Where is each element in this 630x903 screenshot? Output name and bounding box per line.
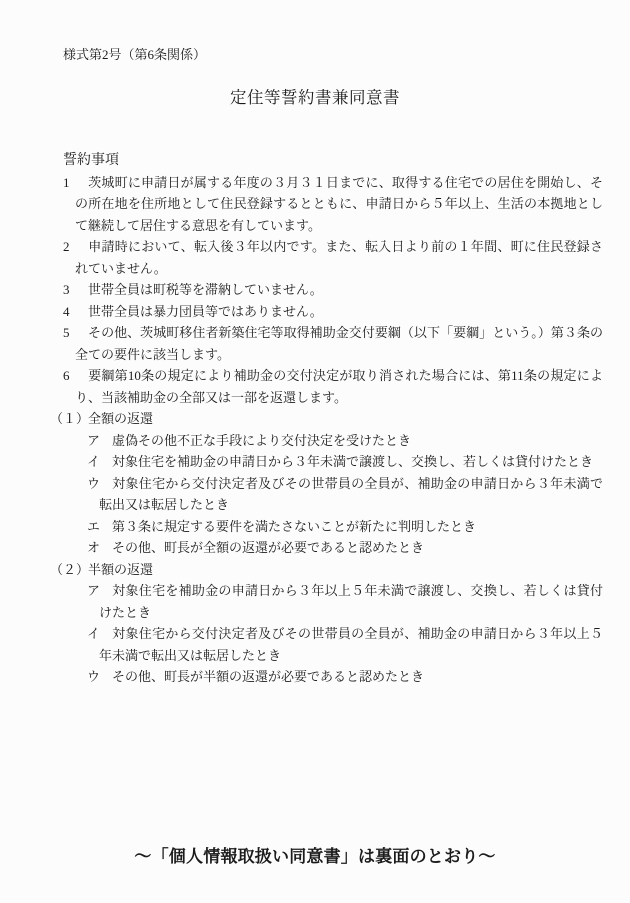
refund-1-item-a: ア虚偽その他不正な手段により交付決定を受けたとき [50, 430, 603, 452]
pledge-item-5: 5その他、茨城町移住者新築住宅等取得補助金交付要綱（以下「要綱」という。）第３条… [50, 322, 603, 365]
item-number: 1 [63, 172, 88, 194]
item-text: その他、町長が全額の返還が必要であると認めたとき [112, 540, 424, 555]
item-text: 対象住宅を補助金の申請日から３年以上５年未満で譲渡し、交換し、若しくは貸付けたと… [99, 583, 603, 620]
refund-2-item-i: イ対象住宅から交付決定者及びその世帯員の全員が、補助金の申請日から３年以上５年未… [50, 623, 603, 666]
form-number: 様式第2号（第6条関係） [63, 0, 630, 64]
item-text: 申請時において、転入後３年以内です。また、転入日より前の１年間、町に住民登録され… [75, 239, 603, 276]
refund-1-item-e: エ第３条に規定する要件を満たさないことが新たに判明したとき [50, 516, 603, 538]
item-text: 虚偽その他不正な手段により交付決定を受けたとき [112, 433, 411, 448]
item-kana: エ [87, 516, 112, 538]
refund-section-2-heading: （２）半額の返還 [50, 559, 603, 581]
refund-2-item-a: ア対象住宅を補助金の申請日から３年以上５年未満で譲渡し、交換し、若しくは貸付けた… [50, 580, 603, 623]
item-kana: ウ [87, 666, 112, 688]
item-number: 6 [63, 365, 88, 387]
item-text: 世帯全員は暴力団員等ではありません。 [88, 304, 323, 319]
item-kana: オ [87, 537, 112, 559]
refund-1-item-o: オその他、町長が全額の返還が必要であると認めたとき [50, 537, 603, 559]
section-heading: 誓約事項 [63, 150, 603, 172]
item-text: その他、町長が半額の返還が必要であると認めたとき [112, 669, 424, 684]
section-title: 半額の返還 [88, 562, 153, 577]
document-title: 定住等誓約書兼同意書 [0, 86, 630, 109]
item-number: 2 [63, 236, 88, 258]
pledge-item-2: 2申請時において、転入後３年以内です。また、転入日より前の１年間、町に住民登録さ… [50, 236, 603, 279]
item-text: 第３条に規定する要件を満たさないことが新たに判明したとき [112, 519, 476, 534]
item-kana: イ [87, 623, 112, 645]
pledge-item-6: 6要綱第10条の規定により補助金の交付決定が取り消された場合には、第11条の規定… [50, 365, 603, 408]
refund-2-item-u: ウその他、町長が半額の返還が必要であると認めたとき [50, 666, 603, 688]
item-text: 対象住宅から交付決定者及びその世帯員の全員が、補助金の申請日から３年以上５年未満… [99, 626, 603, 663]
item-text: 対象住宅を補助金の申請日から３年未満で譲渡し、交換し、若しくは貸付けたとき [112, 454, 593, 469]
item-number: 3 [63, 279, 88, 301]
document-page: 様式第2号（第6条関係） 定住等誓約書兼同意書 誓約事項 1茨城町に申請日が属す… [0, 0, 630, 903]
item-number: 5 [63, 322, 88, 344]
pledge-item-1: 1茨城町に申請日が属する年度の３月３１日までに、取得する住宅での居住を開始し、そ… [50, 172, 603, 237]
item-kana: イ [87, 451, 112, 473]
refund-1-item-i: イ対象住宅を補助金の申請日から３年未満で譲渡し、交換し、若しくは貸付けたとき [50, 451, 603, 473]
section-label: （１） [50, 408, 88, 430]
item-number: 4 [63, 301, 88, 323]
item-kana: ウ [87, 473, 112, 495]
item-text: 茨城町に申請日が属する年度の３月３１日までに、取得する住宅での居住を開始し、その… [75, 175, 603, 233]
pledge-item-3: 3世帯全員は町税等を滞納していません。 [50, 279, 603, 301]
section-label: （２） [50, 559, 88, 581]
section-title: 全額の返還 [88, 411, 153, 426]
item-text: 要綱第10条の規定により補助金の交付決定が取り消された場合には、第11条の規定に… [75, 368, 603, 405]
refund-1-item-u: ウ対象住宅から交付決定者及びその世帯員の全員が、補助金の申請日から３年未満で転出… [50, 473, 603, 516]
footer-note: ～「個人情報取扱い同意書」は裏面のとおり～ [0, 842, 630, 867]
item-text: 対象住宅から交付決定者及びその世帯員の全員が、補助金の申請日から３年未満で転出又… [99, 476, 603, 513]
item-kana: ア [87, 580, 112, 602]
item-text: その他、茨城町移住者新築住宅等取得補助金交付要綱（以下「要綱」という。）第３条の… [75, 325, 603, 362]
refund-section-1-heading: （１）全額の返還 [50, 408, 603, 430]
document-body: 誓約事項 1茨城町に申請日が属する年度の３月３１日までに、取得する住宅での居住を… [50, 150, 603, 688]
item-kana: ア [87, 430, 112, 452]
item-text: 世帯全員は町税等を滞納していません。 [88, 282, 323, 297]
pledge-item-4: 4世帯全員は暴力団員等ではありません。 [50, 301, 603, 323]
